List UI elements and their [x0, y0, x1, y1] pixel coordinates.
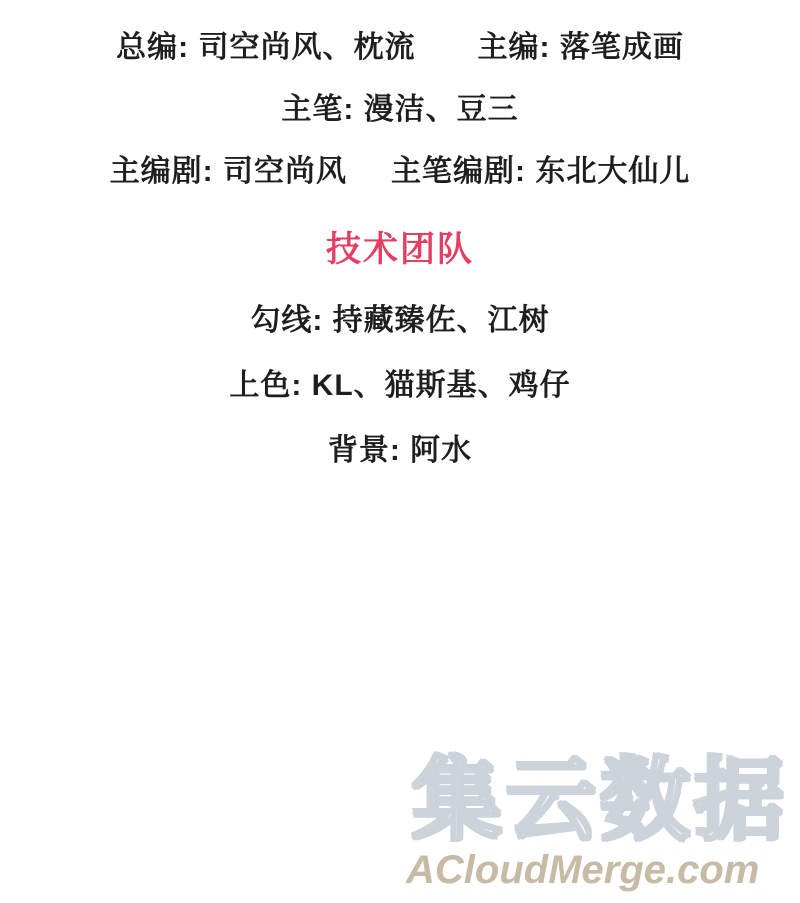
- watermark-logo-text: 集云数据: [412, 756, 788, 846]
- outline-artists-credit: 勾线: 持藏臻佐、江树: [250, 304, 549, 337]
- credits-page: 总编: 司空尚风、枕流主编: 落笔成画 主笔: 漫洁、豆三 主编剧: 司空尚风主…: [0, 0, 800, 903]
- credit-line-background: 背景: 阿水: [0, 436, 800, 466]
- coloring-artists-credit: 上色: KL、猫斯基、鸡仔: [229, 369, 570, 402]
- credit-line-outline: 勾线: 持藏臻佐、江树: [0, 306, 800, 336]
- lead-writer-credit: 主笔编剧: 东北大仙儿: [391, 155, 690, 188]
- credit-line-coloring: 上色: KL、猫斯基、鸡仔: [0, 371, 800, 401]
- credit-line-writers: 主编剧: 司空尚风主笔编剧: 东北大仙儿: [0, 157, 800, 187]
- chief-editor-credit: 总编: 司空尚风、枕流: [116, 31, 415, 64]
- main-editor-credit: 主编: 落笔成画: [478, 31, 684, 64]
- chief-writer-credit: 主编剧: 司空尚风: [110, 155, 347, 188]
- lead-artist-credit: 主笔: 漫洁、豆三: [281, 93, 518, 126]
- watermark-logo-glyphs: 集云数据: [412, 751, 788, 851]
- watermark-site-url: ACloudMerge.com: [406, 850, 759, 890]
- tech-team-heading: 技术团队: [0, 232, 800, 267]
- credit-line-artist: 主笔: 漫洁、豆三: [0, 95, 800, 125]
- background-artist-credit: 背景: 阿水: [328, 434, 472, 467]
- credit-line-editors: 总编: 司空尚风、枕流主编: 落笔成画: [0, 33, 800, 63]
